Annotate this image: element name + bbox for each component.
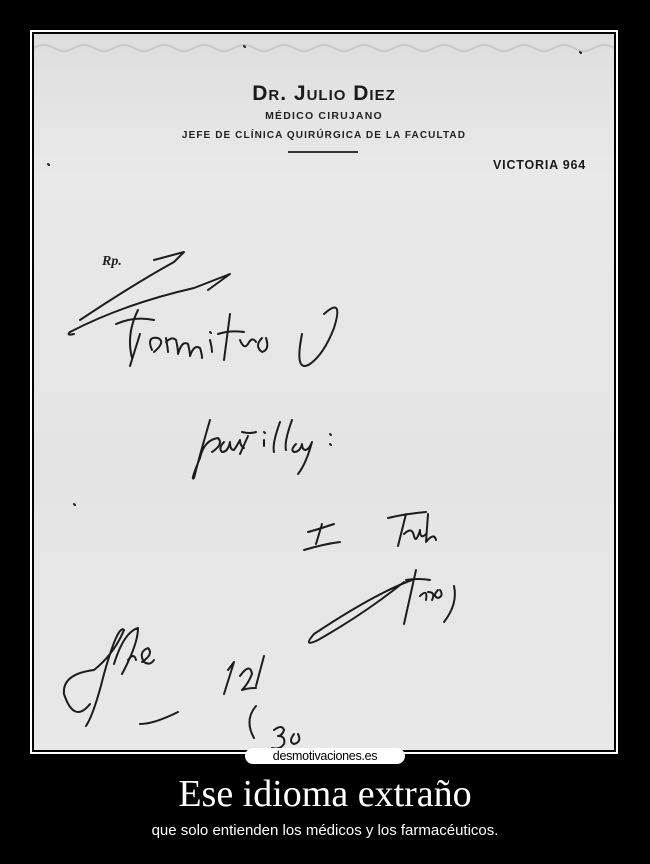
poster-subtitle: que solo entienden los médicos y los far… [0,822,650,839]
prescription-photo: Dr. Julio Diez MÉDICO CIRUJANO JEFE DE C… [34,34,614,750]
watermark-logo: desmotivaciones.es [245,748,405,764]
handwriting-ink [34,34,614,750]
poster-title: Ese idioma extraño [0,772,650,816]
